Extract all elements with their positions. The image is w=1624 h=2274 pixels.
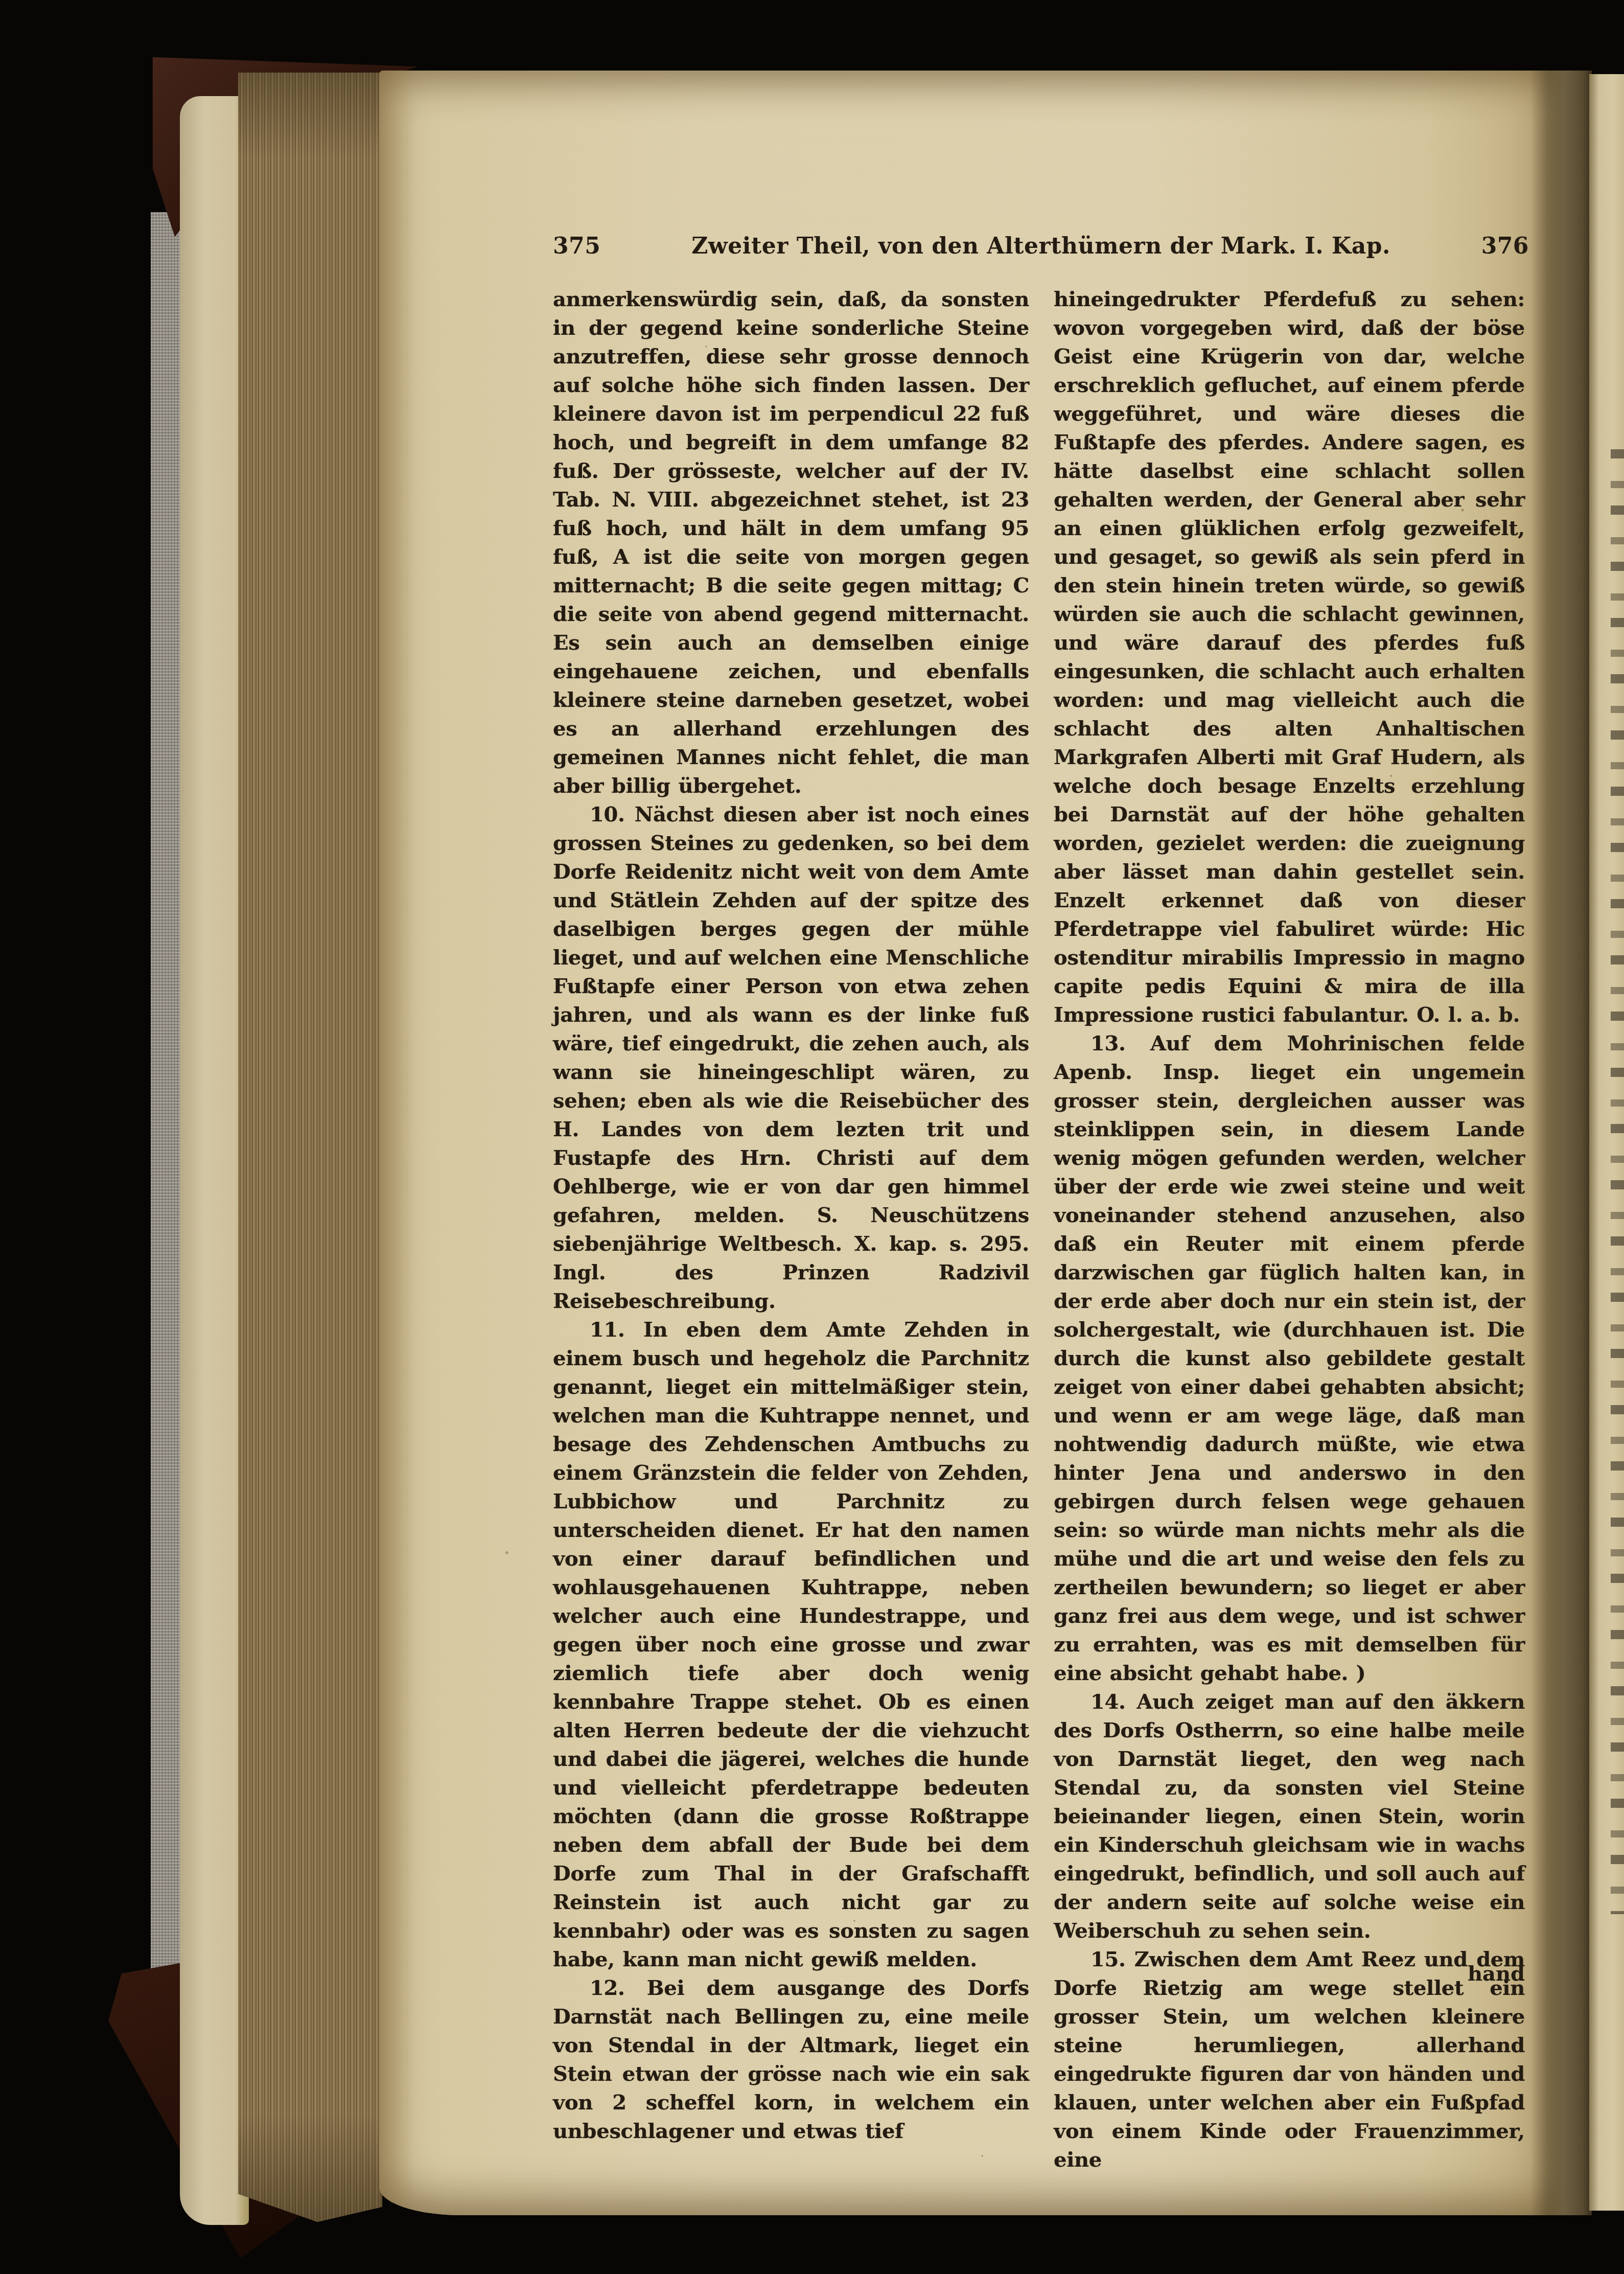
page-stack-fore-edge (238, 73, 382, 2222)
page-number-right: 376 (1481, 233, 1529, 259)
paragraph: 12. Bei dem ausgange des Dorfs Darnstät … (553, 1974, 1029, 2146)
running-head: 375 Zweiter Theil, von den Alterthümern … (553, 233, 1529, 259)
catchword: hand (1054, 1962, 1525, 1986)
book-scan: 375 Zweiter Theil, von den Alterthümern … (0, 0, 1624, 2274)
facing-page-sliver (1589, 74, 1624, 2211)
page-number-left: 375 (553, 233, 600, 259)
paragraph: anmerkenswürdig sein, daß, da sonsten in… (553, 285, 1029, 800)
paragraph: 11. In eben dem Amte Zehden in einem bus… (553, 1316, 1029, 1974)
running-title: Zweiter Theil, von den Alterthümern der … (600, 233, 1481, 259)
book-page: 375 Zweiter Theil, von den Alterthümern … (379, 71, 1571, 2215)
paragraph: hineingedrukter Pferdefuß zu sehen: wovo… (1054, 285, 1525, 1029)
paragraph: 14. Auch zeiget man auf den äkkern des D… (1054, 1688, 1525, 1945)
text-column-left: anmerkenswürdig sein, daß, da sonsten in… (553, 285, 1029, 2146)
gutter-shadow (1530, 71, 1592, 2215)
paragraph: 13. Auf dem Mohrinischen felde Apenb. In… (1054, 1029, 1525, 1688)
text-column-right: hineingedrukter Pferdefuß zu sehen: wovo… (1054, 285, 1525, 2174)
paragraph: 10. Nächst diesen aber ist noch eines gr… (553, 800, 1029, 1316)
